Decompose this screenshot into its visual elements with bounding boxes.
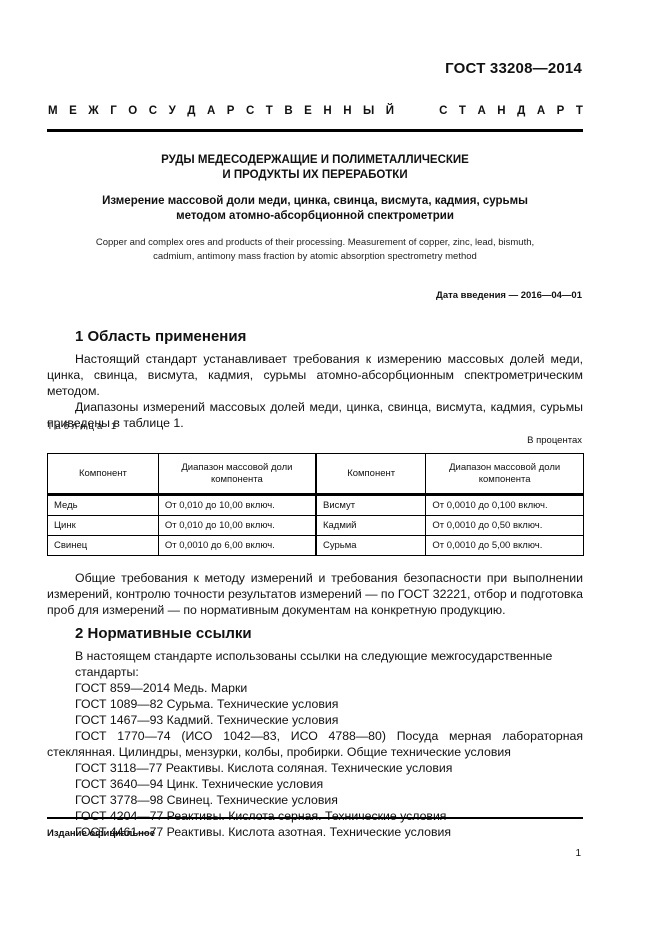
table-header-row: Компонент Диапазон массовой доли компоне… xyxy=(48,454,584,495)
reference-item: ГОСТ 3640—94 Цинк. Технические условия xyxy=(47,776,583,792)
table-cell: Свинец xyxy=(48,536,159,556)
table-cell: От 0,0010 до 0,50 включ. xyxy=(426,516,584,536)
letter: Н xyxy=(497,105,505,117)
document-subtitle: Измерение массовой доли меди, цинка, сви… xyxy=(47,194,583,224)
letter: С xyxy=(439,105,447,117)
letter: У xyxy=(169,105,176,117)
letter: С xyxy=(246,105,254,117)
letter: М xyxy=(48,105,58,117)
table-row: Цинк От 0,010 до 10,00 включ. Кадмий От … xyxy=(48,516,584,536)
section-1-general-requirements: Общие требования к методу измерений и тр… xyxy=(47,570,583,618)
letter: Т xyxy=(266,105,273,117)
paragraph: Диапазоны измерений массовых долей меди,… xyxy=(47,399,583,431)
section-1-body: Настоящий стандарт устанавливает требова… xyxy=(47,351,583,431)
table-cell: От 0,010 до 10,00 включ. xyxy=(158,516,316,536)
reference-item: ГОСТ 1467—93 Кадмий. Технические условия xyxy=(47,712,583,728)
english-title: Copper and complex ores and products of … xyxy=(47,236,583,263)
table-row: Медь От 0,010 до 10,00 включ. Висмут От … xyxy=(48,495,584,516)
official-edition-label: Издание официальное xyxy=(47,828,155,839)
letter: Р xyxy=(557,105,565,117)
section-1-heading: 1 Область применения xyxy=(75,328,246,345)
table-cell: От 0,0010 до 5,00 включ. xyxy=(426,536,584,556)
table-cell: Цинк xyxy=(48,516,159,536)
letter: А xyxy=(207,105,215,117)
normative-references-list: В настоящем стандарте использованы ссылк… xyxy=(47,648,583,840)
letter: Н xyxy=(323,105,331,117)
document-code: ГОСТ 33208—2014 xyxy=(445,60,582,77)
paragraph: Общие требования к методу измерений и тр… xyxy=(47,570,583,618)
table-cell: Кадмий xyxy=(316,516,426,536)
table-row: Свинец От 0,0010 до 6,00 включ. Сурьма О… xyxy=(48,536,584,556)
english-title-line: cadmium, antimony mass fraction by atomi… xyxy=(47,250,583,264)
word-gap xyxy=(406,105,428,117)
document-title: РУДЫ МЕДЕСОДЕРЖАЩИЕ И ПОЛИМЕТАЛЛИЧЕСКИЕ … xyxy=(47,153,583,183)
page-number: 1 xyxy=(575,848,581,859)
subtitle-line: Измерение массовой доли меди, цинка, сви… xyxy=(47,194,583,209)
title-line: РУДЫ МЕДЕСОДЕРЖАЩИЕ И ПОЛИМЕТАЛЛИЧЕСКИЕ xyxy=(47,153,583,168)
reference-item: ГОСТ 3118—77 Реактивы. Кислота соляная. … xyxy=(47,760,583,776)
letter: А xyxy=(477,105,485,117)
letter: Е xyxy=(69,105,77,117)
paragraph: Настоящий стандарт устанавливает требова… xyxy=(47,351,583,399)
reference-item: ГОСТ 859—2014 Медь. Марки xyxy=(47,680,583,696)
letter: Й xyxy=(386,105,394,117)
letter: О xyxy=(128,105,137,117)
subtitle-line: методом атомно-абсорбционной спектрометр… xyxy=(47,209,583,224)
title-line: И ПРОДУКТЫ ИХ ПЕРЕРАБОТКИ xyxy=(47,168,583,183)
letter: Ж xyxy=(88,105,98,117)
column-header: Компонент xyxy=(316,454,426,495)
letter: Г xyxy=(110,105,117,117)
table-cell: От 0,0010 до 0,100 включ. xyxy=(426,495,584,516)
english-title-line: Copper and complex ores and products of … xyxy=(47,236,583,250)
letter: Д xyxy=(517,105,525,117)
letter: В xyxy=(284,105,292,117)
letter: Р xyxy=(227,105,235,117)
table-caption: Таблица 1 xyxy=(47,421,119,432)
letter: Е xyxy=(304,105,312,117)
footer-rule xyxy=(47,817,583,819)
letter: Н xyxy=(343,105,351,117)
measurement-range-table: Компонент Диапазон массовой доли компоне… xyxy=(47,453,584,556)
standard-type-heading: М Е Ж Г О С У Д А Р С Т В Е Н Н Ы Й С Т … xyxy=(48,105,583,117)
section-2-heading: 2 Нормативные ссылки xyxy=(75,625,252,642)
reference-item: ГОСТ 3778—98 Свинец. Технические условия xyxy=(47,792,583,808)
column-header: Компонент xyxy=(48,454,159,495)
table-units: В процентах xyxy=(527,435,582,446)
table-cell: Сурьма xyxy=(316,536,426,556)
table-cell: От 0,010 до 10,00 включ. xyxy=(158,495,316,516)
letter: Т xyxy=(576,105,583,117)
letter: А xyxy=(537,105,545,117)
introduction-date: Дата введения — 2016—04—01 xyxy=(436,290,582,301)
letter: Т xyxy=(459,105,466,117)
letter: Д xyxy=(187,105,195,117)
letter: Ы xyxy=(363,105,374,117)
reference-item: ГОСТ 1089—82 Сурьма. Технические условия xyxy=(47,696,583,712)
column-header: Диапазон массовой доли компонента xyxy=(158,454,316,495)
reference-item: ГОСТ 1770—74 (ИСО 1042—83, ИСО 4788—80) … xyxy=(47,728,583,760)
table-cell: Медь xyxy=(48,495,159,516)
header-rule xyxy=(47,129,583,132)
table-cell: От 0,0010 до 6,00 включ. xyxy=(158,536,316,556)
table-cell: Висмут xyxy=(316,495,426,516)
reference-item: ГОСТ 4204—77 Реактивы. Кислота серная. Т… xyxy=(47,808,583,824)
column-header: Диапазон массовой доли компонента xyxy=(426,454,584,495)
references-intro: В настоящем стандарте использованы ссылк… xyxy=(47,648,583,680)
letter: С xyxy=(149,105,157,117)
